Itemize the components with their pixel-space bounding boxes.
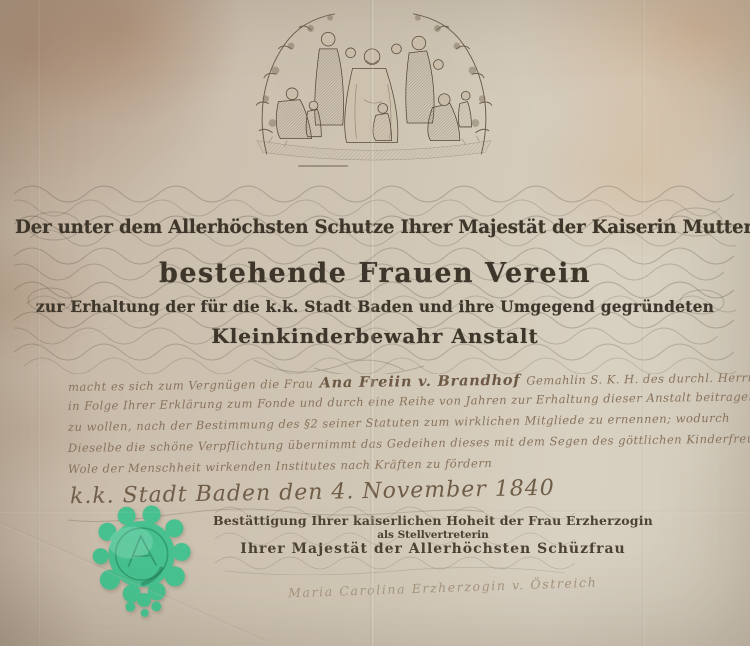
confirmation-line-1: Bestättigung Ihrer kaiserlichen Hoheit d… bbox=[20, 513, 750, 528]
title-line-institution: Kleinkinderbewahr Anstalt bbox=[0, 324, 750, 348]
body-line-1-pre: macht es sich zum Vergnügen die Frau bbox=[68, 377, 314, 394]
confirmation-line-3: Ihrer Majestät der Allerhöchsten Schüzfr… bbox=[20, 541, 750, 557]
body-line-5: Wole der Menschheit wirkenden Institutes… bbox=[68, 453, 698, 476]
body-line-3: zu wollen, nach der Bestimmung des §2 se… bbox=[68, 411, 698, 434]
body-line-1-post: Gemahlin S. K. H. des durchl. Herrn Erzh… bbox=[526, 369, 750, 388]
signature: Maria Carolina Erzherzogin v. Östreich bbox=[288, 575, 598, 601]
body-line-4: Dieselbe die schöne Verpflichtung überni… bbox=[68, 432, 698, 455]
engraving-christ-blessing-children bbox=[230, 6, 518, 164]
title-line-association: bestehende Frauen Verein bbox=[0, 258, 750, 289]
engraver-caption-line bbox=[298, 165, 348, 167]
confirmation-line-2: als Stellvertreterin bbox=[20, 529, 750, 541]
document-photo: Der unter dem Allerhöchsten Schutze Ihre… bbox=[0, 0, 750, 646]
member-name: Ana Freiin v. Brandhof bbox=[319, 372, 520, 392]
title-line-patronage: Der unter dem Allerhöchsten Schutze Ihre… bbox=[15, 216, 735, 238]
title-line-purpose: zur Erhaltung der für die k.k. Stadt Bad… bbox=[0, 297, 750, 316]
